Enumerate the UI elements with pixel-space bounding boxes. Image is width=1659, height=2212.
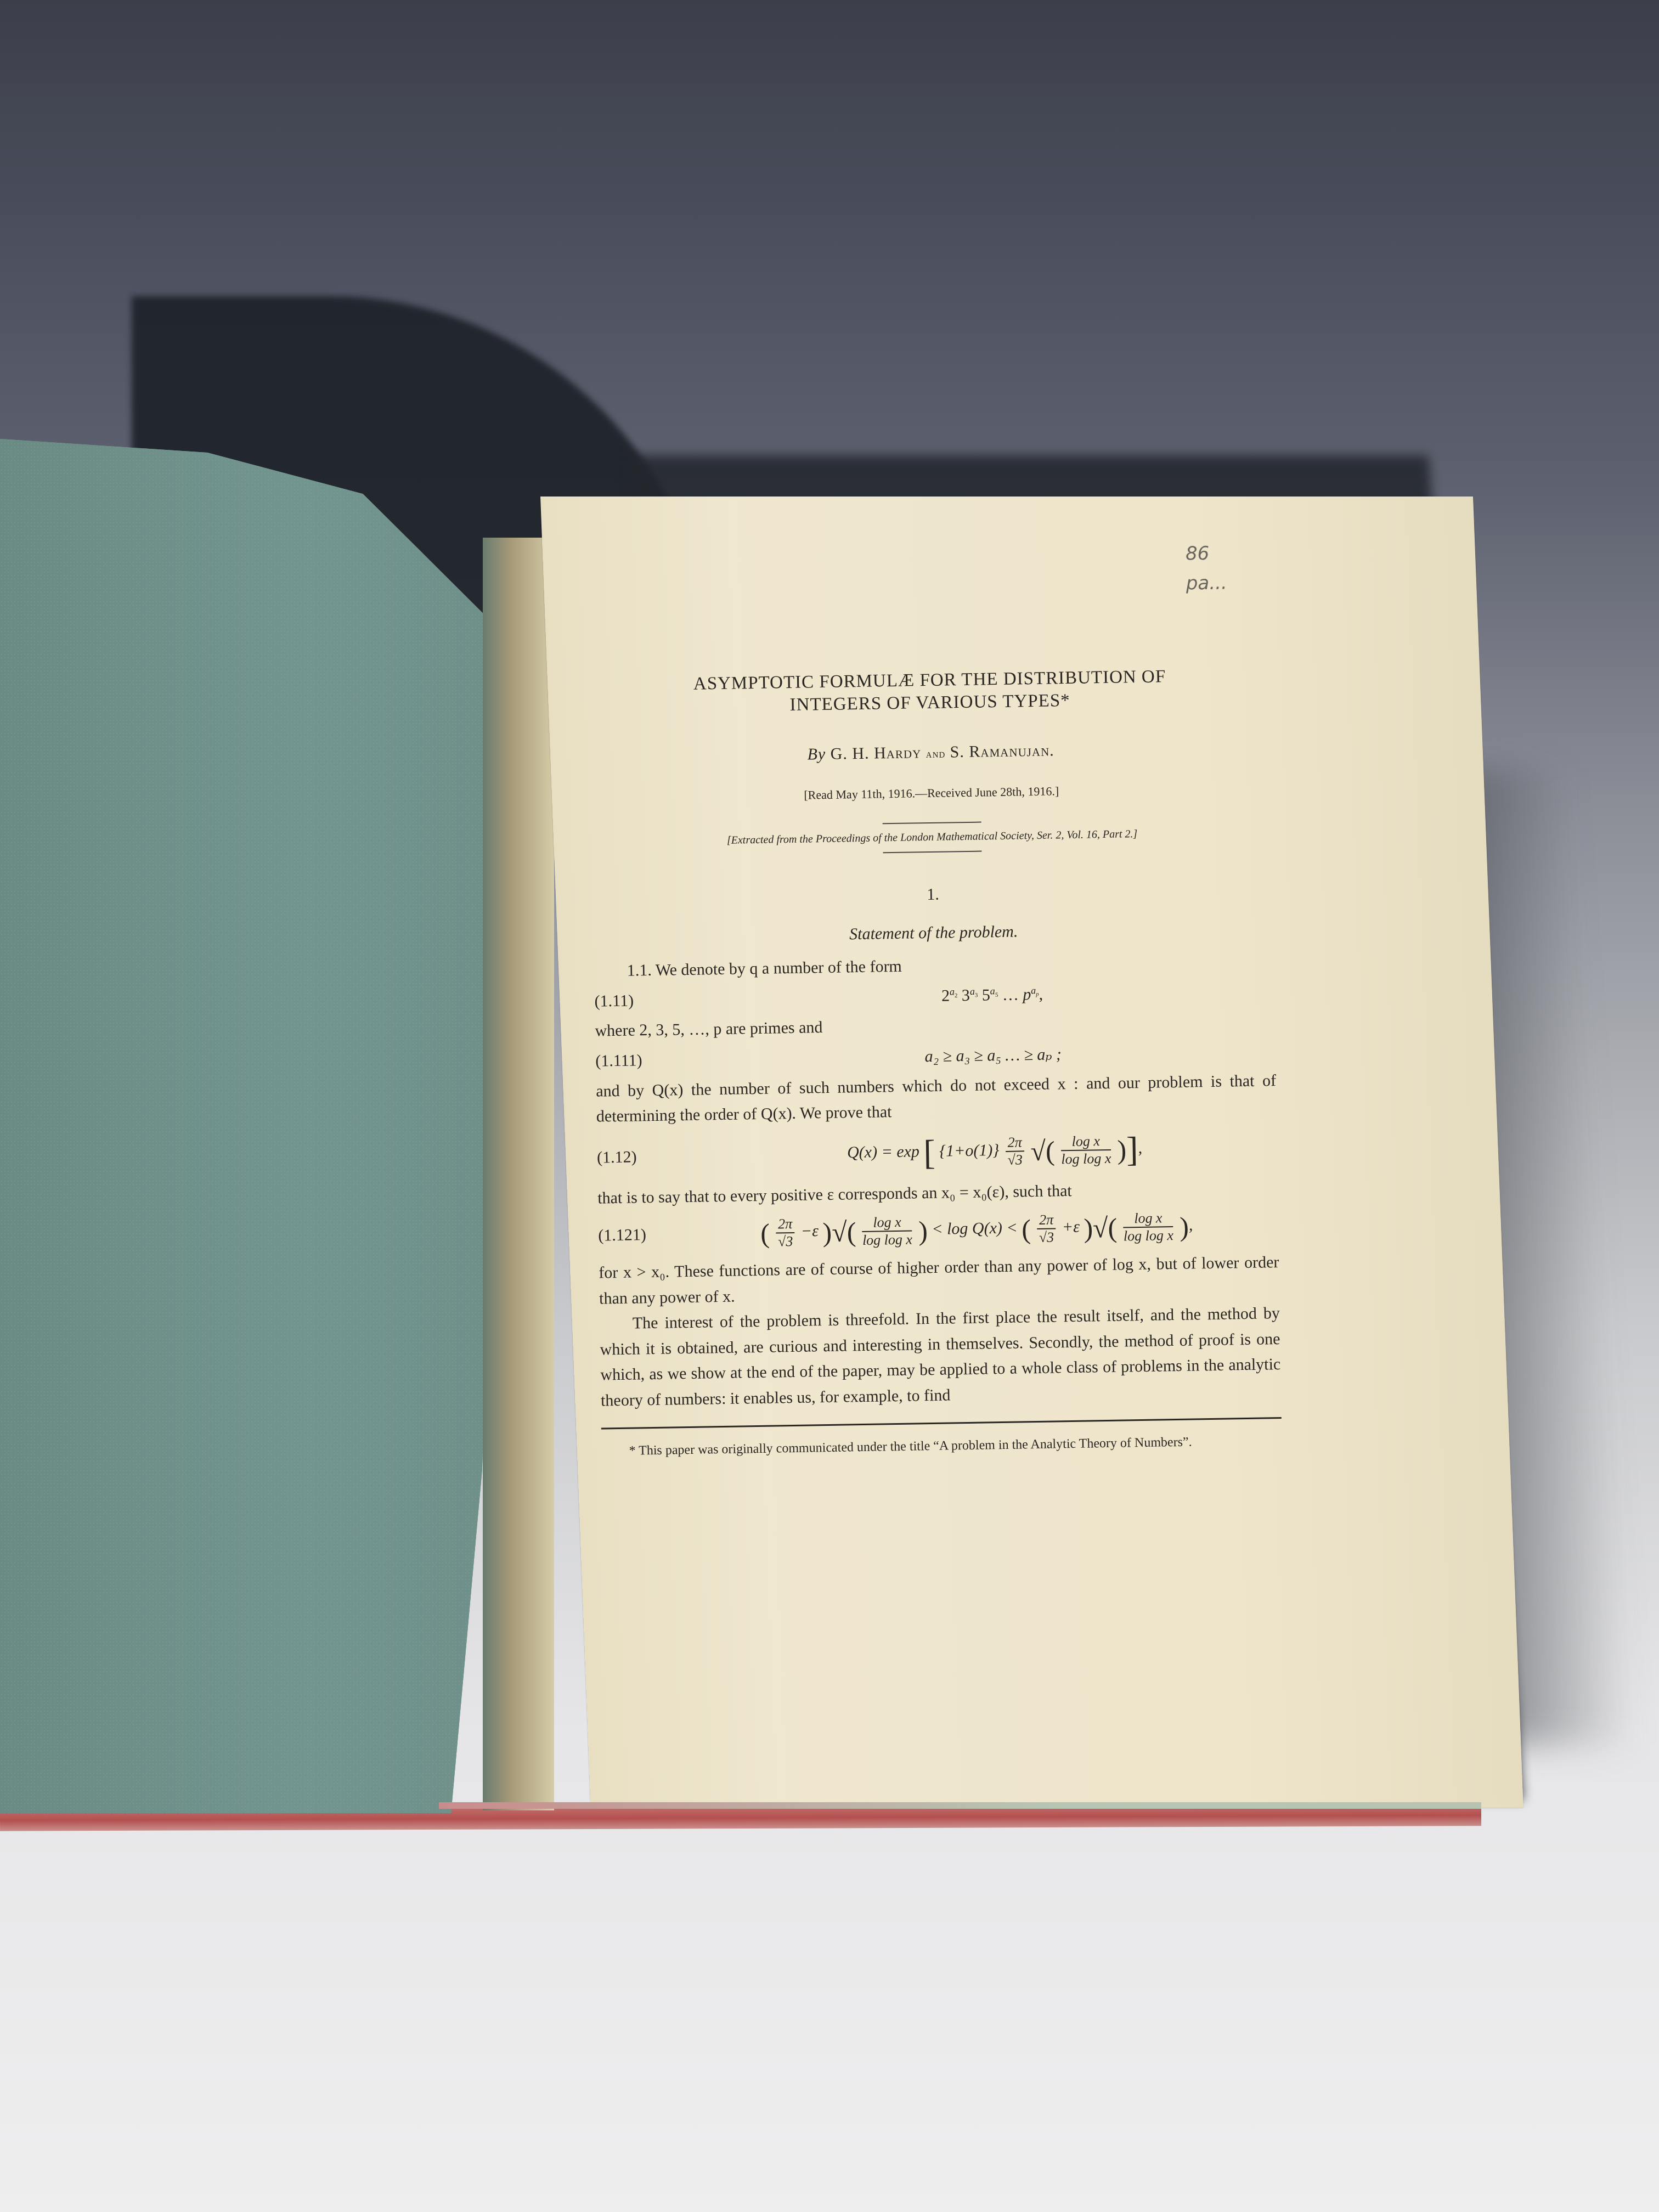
equation-body: ( 2π√3 −ε )√( log xlog log x ) < log Q(x… [675, 1208, 1279, 1251]
equation-body: Q(x) = exp [ {1+o(1)} 2π√3 √( log xlog l… [712, 1127, 1278, 1176]
fraction: 2π√3 [1037, 1211, 1056, 1246]
eq-tail: , [1189, 1216, 1193, 1234]
equation-body: a₂ ≥ a₃ ≥ a₅ … ≥ aₚ ; [710, 1041, 1276, 1069]
pencil-annotation: 86 pa... [1186, 538, 1228, 599]
equation-1-11: (1.11) 2a2 3a3 5a5 … pap, [594, 981, 1274, 1011]
paragraph-where: where 2, 3, 5, …, p are primes and [595, 1008, 1276, 1044]
equation-label: (1.111) [595, 1050, 711, 1070]
equation-body: 2a2 3a3 5a5 … pap, [709, 981, 1274, 1009]
paper-title: ASYMPTOTIC FORMULÆ FOR THE DISTRIBUTION … [589, 664, 1270, 720]
divider-rule [883, 850, 981, 853]
eq-factor: {1+o(1)} [939, 1141, 1000, 1160]
frac-den: log log x [862, 1232, 912, 1249]
author-ramanujan: S. Ramanujan. [950, 741, 1054, 761]
frac-num: log x [1123, 1210, 1173, 1228]
read-received-dates: [Read May 11th, 1916.—Received June 28th… [591, 781, 1272, 805]
frac-den: log log x [1061, 1150, 1111, 1167]
frac-num: 2π [776, 1216, 795, 1234]
extracted-from-note: [Extracted from the Proceedings of the L… [592, 826, 1272, 849]
fraction: log xlog log x [1123, 1210, 1173, 1244]
fraction: log xlog log x [1061, 1132, 1111, 1167]
equation-1-111: (1.111) a₂ ≥ a₃ ≥ a₅ … ≥ aₚ ; [595, 1041, 1276, 1071]
frac-den: log log x [1124, 1227, 1173, 1244]
fraction: 2π√3 [1005, 1134, 1024, 1169]
equation-label: (1.121) [598, 1225, 675, 1245]
pencil-note-text: pa... [1186, 568, 1227, 599]
byline: By G. H. Hardy and S. Ramanujan. [590, 738, 1271, 767]
frac-den: √3 [1006, 1152, 1024, 1169]
eq-mid: < log Q(x) < [932, 1218, 1018, 1238]
equation-label: (1.12) [597, 1147, 713, 1167]
author-hardy: G. H. Hardy [830, 743, 921, 763]
frac-num: 2π [1037, 1211, 1056, 1229]
byline-by: By [807, 744, 826, 763]
paragraph-1-1: 1.1. We denote by q a number of the form [594, 948, 1274, 984]
fraction: log xlog log x [862, 1214, 912, 1249]
page-content: 86 pa... ASYMPTOTIC FORMULÆ FOR THE DIST… [587, 516, 1282, 1461]
pencil-note-number: 86 [1186, 538, 1227, 569]
equation-1-121: (1.121) ( 2π√3 −ε )√( log xlog log x ) <… [598, 1208, 1279, 1252]
paragraph-interest: The interest of the problem is threefold… [600, 1301, 1282, 1413]
page-block-edge [439, 1802, 1481, 1809]
byline-and: and [926, 746, 945, 760]
eq-tail: , [1138, 1138, 1142, 1156]
eq-op: −ε [801, 1222, 819, 1240]
equation-1-12: (1.12) Q(x) = exp [ {1+o(1)} 2π√3 √( log… [597, 1127, 1278, 1178]
frac-den: √3 [1037, 1229, 1056, 1246]
eq-op: +ε [1062, 1218, 1080, 1237]
eq-lhs: Q(x) = exp [847, 1142, 919, 1161]
footnote-rule [601, 1417, 1282, 1429]
teal-endpaper [0, 439, 518, 1813]
paragraph-that-is: that is to say that to every positive ε … [597, 1175, 1278, 1211]
section-title: Statement of the problem. [594, 918, 1274, 947]
section-number: 1. [592, 880, 1273, 909]
book-gutter [483, 538, 554, 1810]
equation-label: (1.11) [594, 990, 710, 1011]
fraction: 2π√3 [776, 1216, 795, 1250]
divider-rule [883, 821, 981, 824]
frac-num: log x [862, 1214, 912, 1232]
frac-num: 2π [1005, 1134, 1024, 1152]
paragraph-and-by: and by Q(x) the number of such numbers w… [596, 1068, 1277, 1130]
frac-num: log x [1061, 1132, 1111, 1150]
frac-den: √3 [776, 1233, 794, 1250]
